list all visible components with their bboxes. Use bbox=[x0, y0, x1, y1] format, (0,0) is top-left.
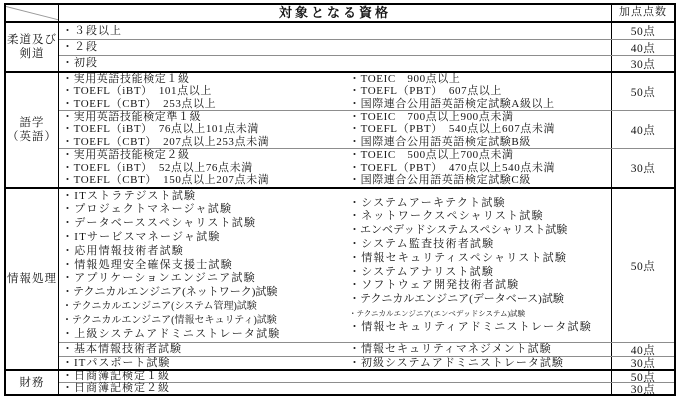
qualification-item: ・TOEFL（CBT） 253点以上 bbox=[62, 98, 346, 110]
table-row: ・３段以上 50点 bbox=[59, 23, 674, 39]
points-value: 40点 bbox=[611, 40, 674, 55]
qualification-item: ・TOEFL（CBT） 207点以上253点未満 bbox=[62, 136, 346, 148]
qualification-item: ・情報セキュリティスペシャリスト試験 bbox=[349, 252, 611, 266]
qualification-item: ・テクニカルエンジニア(エンベデッドシステム)試験 bbox=[349, 307, 611, 321]
qualification-item: ・TOEIC 500点以上700点未満 bbox=[349, 149, 611, 161]
qualification-column-right: ・TOEIC 700点以上900点未満 ・TOEFL（PBT） 540点以上60… bbox=[346, 111, 611, 148]
qualification-item: ・テクニカルエンジニア(システム管理)試験 bbox=[62, 300, 346, 314]
qualification-column-left: ・実用英語技能検定１級 ・TOEFL（iBT） 101点以上 ・TOEFL（CB… bbox=[59, 73, 346, 110]
category-label-line: 情報処理 bbox=[7, 272, 57, 286]
points-value: 30点 bbox=[611, 149, 674, 187]
section-finance: 財務 ・日商簿記検定１級 50点 ・日商簿記検定２級 30点 bbox=[6, 369, 674, 394]
qualification-item: ・TOEFL（PBT） 540点以上607点未満 bbox=[349, 123, 611, 135]
table-row: ・ITパスポート試験 ・初級システムアドミニストレータ試験 30点 bbox=[59, 356, 674, 369]
qualification-item: ・情報処理安全確保支援士試験 bbox=[62, 259, 346, 273]
qualification-item: ・テクニカルエンジニア(データベース)試験 bbox=[349, 293, 611, 307]
qualification-item: ・初級システムアドミニストレータ試験 bbox=[349, 357, 611, 370]
category-label-line: 剣道 bbox=[20, 47, 45, 61]
points-value: 30点 bbox=[611, 357, 674, 369]
qualification-item: ・ソフトウェア開発技術者試験 bbox=[349, 279, 611, 293]
corner-cell bbox=[6, 5, 59, 21]
table-row: ・初段 30点 bbox=[59, 55, 674, 71]
table-row: ・日商簿記検定２級 30点 bbox=[59, 382, 674, 394]
section-information-processing: 情報処理 ・ITストラテジスト試験 ・プロジェクトマネージャ試験 ・データベース… bbox=[6, 187, 674, 369]
table-header-row: 対象となる資格 加点点数 bbox=[6, 5, 674, 21]
qualification-column-right: ・システムアーキテクト試験 ・ネットワークスペシャリスト試験 ・エンベデッドシス… bbox=[346, 189, 611, 342]
qualification-item: ・ITサービスマネージャ試験 bbox=[62, 231, 346, 245]
qualification-item: ・ITストラテジスト試験 bbox=[62, 190, 346, 204]
points-value: 50点 bbox=[611, 189, 674, 342]
category-label-line: 柔道及び bbox=[7, 33, 57, 47]
qualification-item: ・上級システムアドミニストレータ試験 bbox=[62, 328, 346, 342]
qualification-column-left: ・実用英語技能検定２級 ・TOEFL（iBT） 52点以上76点未満 ・TOEF… bbox=[59, 149, 346, 187]
qualification-item: ・TOEFL（PBT） 470点以上540点未満 bbox=[349, 162, 611, 174]
qualification-item: ・実用英語技能検定２級 bbox=[62, 149, 346, 161]
qualification-item: ・初段 bbox=[62, 57, 611, 70]
qualification-item: ・テクニカルエンジニア(情報セキュリティ)試験 bbox=[62, 314, 346, 328]
qualification-item: ・ITパスポート試験 bbox=[62, 357, 346, 370]
qualification-item: ・国際連合公用語英語検定試験B級 bbox=[349, 136, 611, 148]
qualification-column-left: ・基本情報技術者試験 bbox=[59, 343, 346, 356]
table-row: ・実用英語技能検定１級 ・TOEFL（iBT） 101点以上 ・TOEFL（CB… bbox=[59, 73, 674, 110]
qualification-item: ・システム監査技術者試験 bbox=[349, 238, 611, 252]
points-value: 50点 bbox=[611, 73, 674, 110]
points-value: 50点 bbox=[611, 23, 674, 39]
qualification-item: ・TOEFL（iBT） 76点以上101点未満 bbox=[62, 123, 346, 135]
qualification-item: ・２段 bbox=[62, 41, 611, 54]
qualification-item: ・日商簿記検定２級 bbox=[62, 382, 611, 395]
table-row: ・日商簿記検定１級 50点 bbox=[59, 371, 674, 382]
table-title: 対象となる資格 bbox=[59, 5, 611, 21]
qualification-column-left: ・実用英語技能検定準１級 ・TOEFL（iBT） 76点以上101点未満 ・TO… bbox=[59, 111, 346, 148]
qualification-item: ・TOEFL（CBT） 150点以上207点未満 bbox=[62, 174, 346, 186]
qualification-item: ・TOEIC 700点以上900点未満 bbox=[349, 111, 611, 123]
qualification-item: ・プロジェクトマネージャ試験 bbox=[62, 203, 346, 217]
table-row: ・実用英語技能検定２級 ・TOEFL（iBT） 52点以上76点未満 ・TOEF… bbox=[59, 148, 674, 187]
category-label-line: 財務 bbox=[20, 376, 45, 390]
section-language-english: 語学 （英語） ・実用英語技能検定１級 ・TOEFL（iBT） 101点以上 ・… bbox=[6, 71, 674, 187]
qualification-item: ・アプリケーションエンジニア試験 bbox=[62, 272, 346, 286]
qualification-column-right: ・初級システムアドミニストレータ試験 bbox=[346, 357, 611, 369]
qualification-item: ・国際連合公用語英語検定試験A級以上 bbox=[349, 98, 611, 110]
qualification-item: ・システムアナリスト試験 bbox=[349, 266, 611, 280]
category-label-line: 語学 bbox=[20, 116, 45, 130]
section-judo-kendo: 柔道及び 剣道 ・３段以上 50点 ・２段 40点 ・初段 30点 bbox=[6, 21, 674, 71]
qualification-item: ・ネットワークスペシャリスト試験 bbox=[349, 210, 611, 224]
qualification-item: ・TOEFL（PBT） 607点以上 bbox=[349, 85, 611, 97]
qualification-item: ・基本情報技術者試験 bbox=[62, 343, 346, 356]
qualification-points-table: 対象となる資格 加点点数 柔道及び 剣道 ・３段以上 50点 ・２段 40点 ・… bbox=[4, 3, 676, 396]
table-row: ・実用英語技能検定準１級 ・TOEFL（iBT） 76点以上101点未満 ・TO… bbox=[59, 110, 674, 148]
table-row: ・２段 40点 bbox=[59, 39, 674, 55]
table-row: ・ITストラテジスト試験 ・プロジェクトマネージャ試験 ・データベーススペシャリ… bbox=[59, 189, 674, 342]
qualification-column-right: ・TOEIC 500点以上700点未満 ・TOEFL（PBT） 470点以上54… bbox=[346, 149, 611, 187]
points-value: 40点 bbox=[611, 111, 674, 148]
qualification-column-right: ・情報セキュリティマネジメント試験 bbox=[346, 343, 611, 356]
category-label: 柔道及び 剣道 bbox=[6, 23, 59, 71]
qualification-item: ・実用英語技能検定準１級 bbox=[62, 111, 346, 123]
qualification-item: ・情報セキュリティマネジメント試験 bbox=[349, 343, 611, 356]
qualification-item: ・TOEIC 900点以上 bbox=[349, 73, 611, 85]
qualification-item: ・TOEFL（iBT） 101点以上 bbox=[62, 85, 346, 97]
category-label: 情報処理 bbox=[6, 189, 59, 369]
qualification-item: ・エンベデッドシステムスペシャリスト試験 bbox=[349, 224, 611, 238]
qualification-item: ・３段以上 bbox=[62, 25, 611, 38]
qualification-column-right: ・TOEIC 900点以上 ・TOEFL（PBT） 607点以上 ・国際連合公用… bbox=[346, 73, 611, 110]
table-row: ・基本情報技術者試験 ・情報セキュリティマネジメント試験 40点 bbox=[59, 342, 674, 356]
diagonal-line-icon bbox=[6, 5, 58, 21]
category-label: 財務 bbox=[6, 371, 59, 394]
qualification-item: ・実用英語技能検定１級 bbox=[62, 73, 346, 85]
category-label-line: （英語） bbox=[7, 130, 57, 144]
points-value: 30点 bbox=[611, 383, 674, 394]
qualification-column-left: ・ITパスポート試験 bbox=[59, 357, 346, 369]
qualification-item: ・テクニカルエンジニア(ネットワーク)試験 bbox=[62, 286, 346, 300]
points-value: 30点 bbox=[611, 56, 674, 71]
category-label: 語学 （英語） bbox=[6, 73, 59, 187]
qualification-item: ・応用情報技術者試験 bbox=[62, 245, 346, 259]
qualification-item: ・システムアーキテクト試験 bbox=[349, 197, 611, 211]
points-column-header: 加点点数 bbox=[611, 5, 674, 21]
qualification-item: ・国際連合公用語英語検定試験C級 bbox=[349, 174, 611, 186]
qualification-item: ・TOEFL（iBT） 52点以上76点未満 bbox=[62, 162, 346, 174]
qualification-item: ・情報セキュリティアドミニストレータ試験 bbox=[349, 321, 611, 335]
qualification-column-left: ・ITストラテジスト試験 ・プロジェクトマネージャ試験 ・データベーススペシャリ… bbox=[59, 189, 346, 342]
qualification-item: ・データベーススペシャリスト試験 bbox=[62, 217, 346, 231]
